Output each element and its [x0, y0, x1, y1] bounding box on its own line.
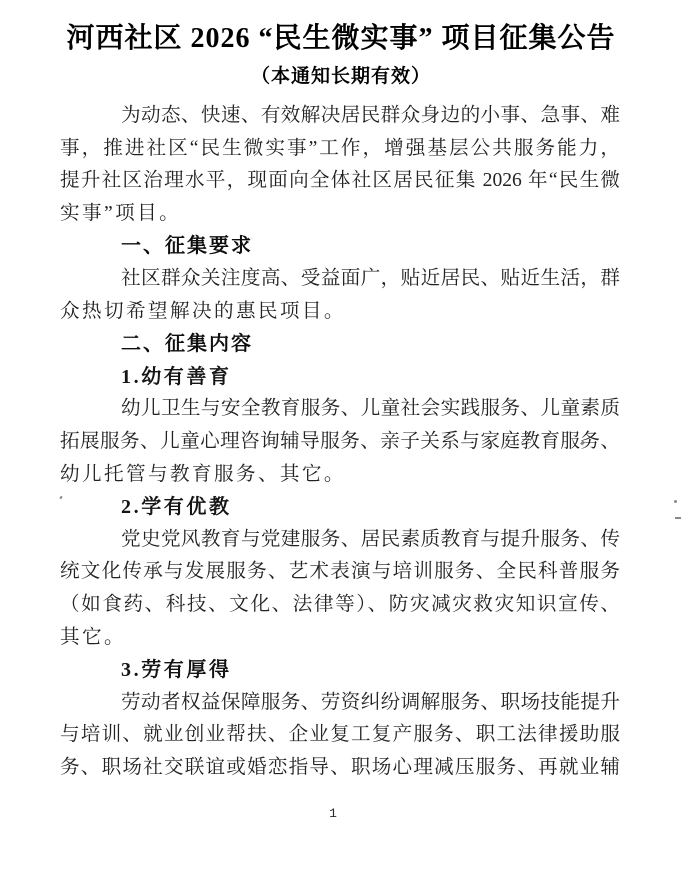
section-heading-content: 二、征集内容 — [60, 328, 620, 361]
subsection-heading-education: 2.学有优教 — [60, 491, 620, 524]
section-heading-requirements: 一、征集要求 — [60, 230, 620, 263]
document-body: 为动态、快速、有效解决居民群众身边的小事、急事、难 事，推进社区“民生微实事”工… — [60, 100, 620, 784]
paragraph-line: 劳动者权益保障服务、劳资纠纷调解服务、职场技能提升 — [60, 687, 620, 720]
scan-artifact — [346, 604, 350, 606]
document-subtitle: （本通知长期有效） — [0, 65, 682, 89]
document-header: 河西社区 2026 “民生微实事” 项目征集公告 （本通知长期有效） — [0, 21, 682, 89]
paragraph-line: 提升社区治理水平，现面向全体社区居民征集 2026 年“民生微 — [60, 165, 620, 198]
page-number: 1 — [0, 806, 666, 821]
document-page: 河西社区 2026 “民生微实事” 项目征集公告 （本通知长期有效） 为动态、快… — [0, 0, 682, 890]
paragraph-line: 为动态、快速、有效解决居民群众身边的小事、急事、难 — [60, 100, 620, 133]
paragraph-line: 社区群众关注度高、受益面广，贴近居民、贴近生活，群 — [60, 263, 620, 296]
paragraph-line: 拓展服务、儿童心理咨询辅导服务、亲子关系与家庭教育服务、 — [60, 426, 620, 459]
subsection-heading-labor: 3.劳有厚得 — [60, 654, 620, 687]
paragraph-line: 统文化传承与发展服务、艺术表演与培训服务、全民科普服务 — [60, 556, 620, 589]
document-title: 河西社区 2026 “民生微实事” 项目征集公告 — [0, 21, 682, 57]
paragraph-line: 党史党风教育与党建服务、居民素质教育与提升服务、传 — [60, 524, 620, 557]
paragraph-line: 幼儿托管与教育服务、其它。 — [60, 459, 620, 492]
paragraph-line: 与培训、就业创业帮扶、企业复工复产服务、职工法律援助服 — [60, 719, 620, 752]
scan-artifact — [675, 517, 681, 519]
paragraph-line: 实事”项目。 — [60, 198, 620, 231]
paragraph-line: 其它。 — [60, 622, 620, 655]
scan-artifact — [674, 500, 677, 503]
paragraph-line: 务、职场社交联谊或婚恋指导、职场心理减压服务、再就业辅 — [60, 752, 620, 785]
subsection-heading-childcare: 1.幼有善育 — [60, 361, 620, 394]
paragraph-line: 事，推进社区“民生微实事”工作，增强基层公共服务能力， — [60, 133, 620, 166]
paragraph-line: 幼儿卫生与安全教育服务、儿童社会实践服务、儿童素质 — [60, 393, 620, 426]
paragraph-line: （如食药、科技、文化、法律等）、防灾减灾救灾知识宣传、 — [60, 589, 620, 622]
paragraph-line: 众热切希望解决的惠民项目。 — [60, 296, 620, 329]
